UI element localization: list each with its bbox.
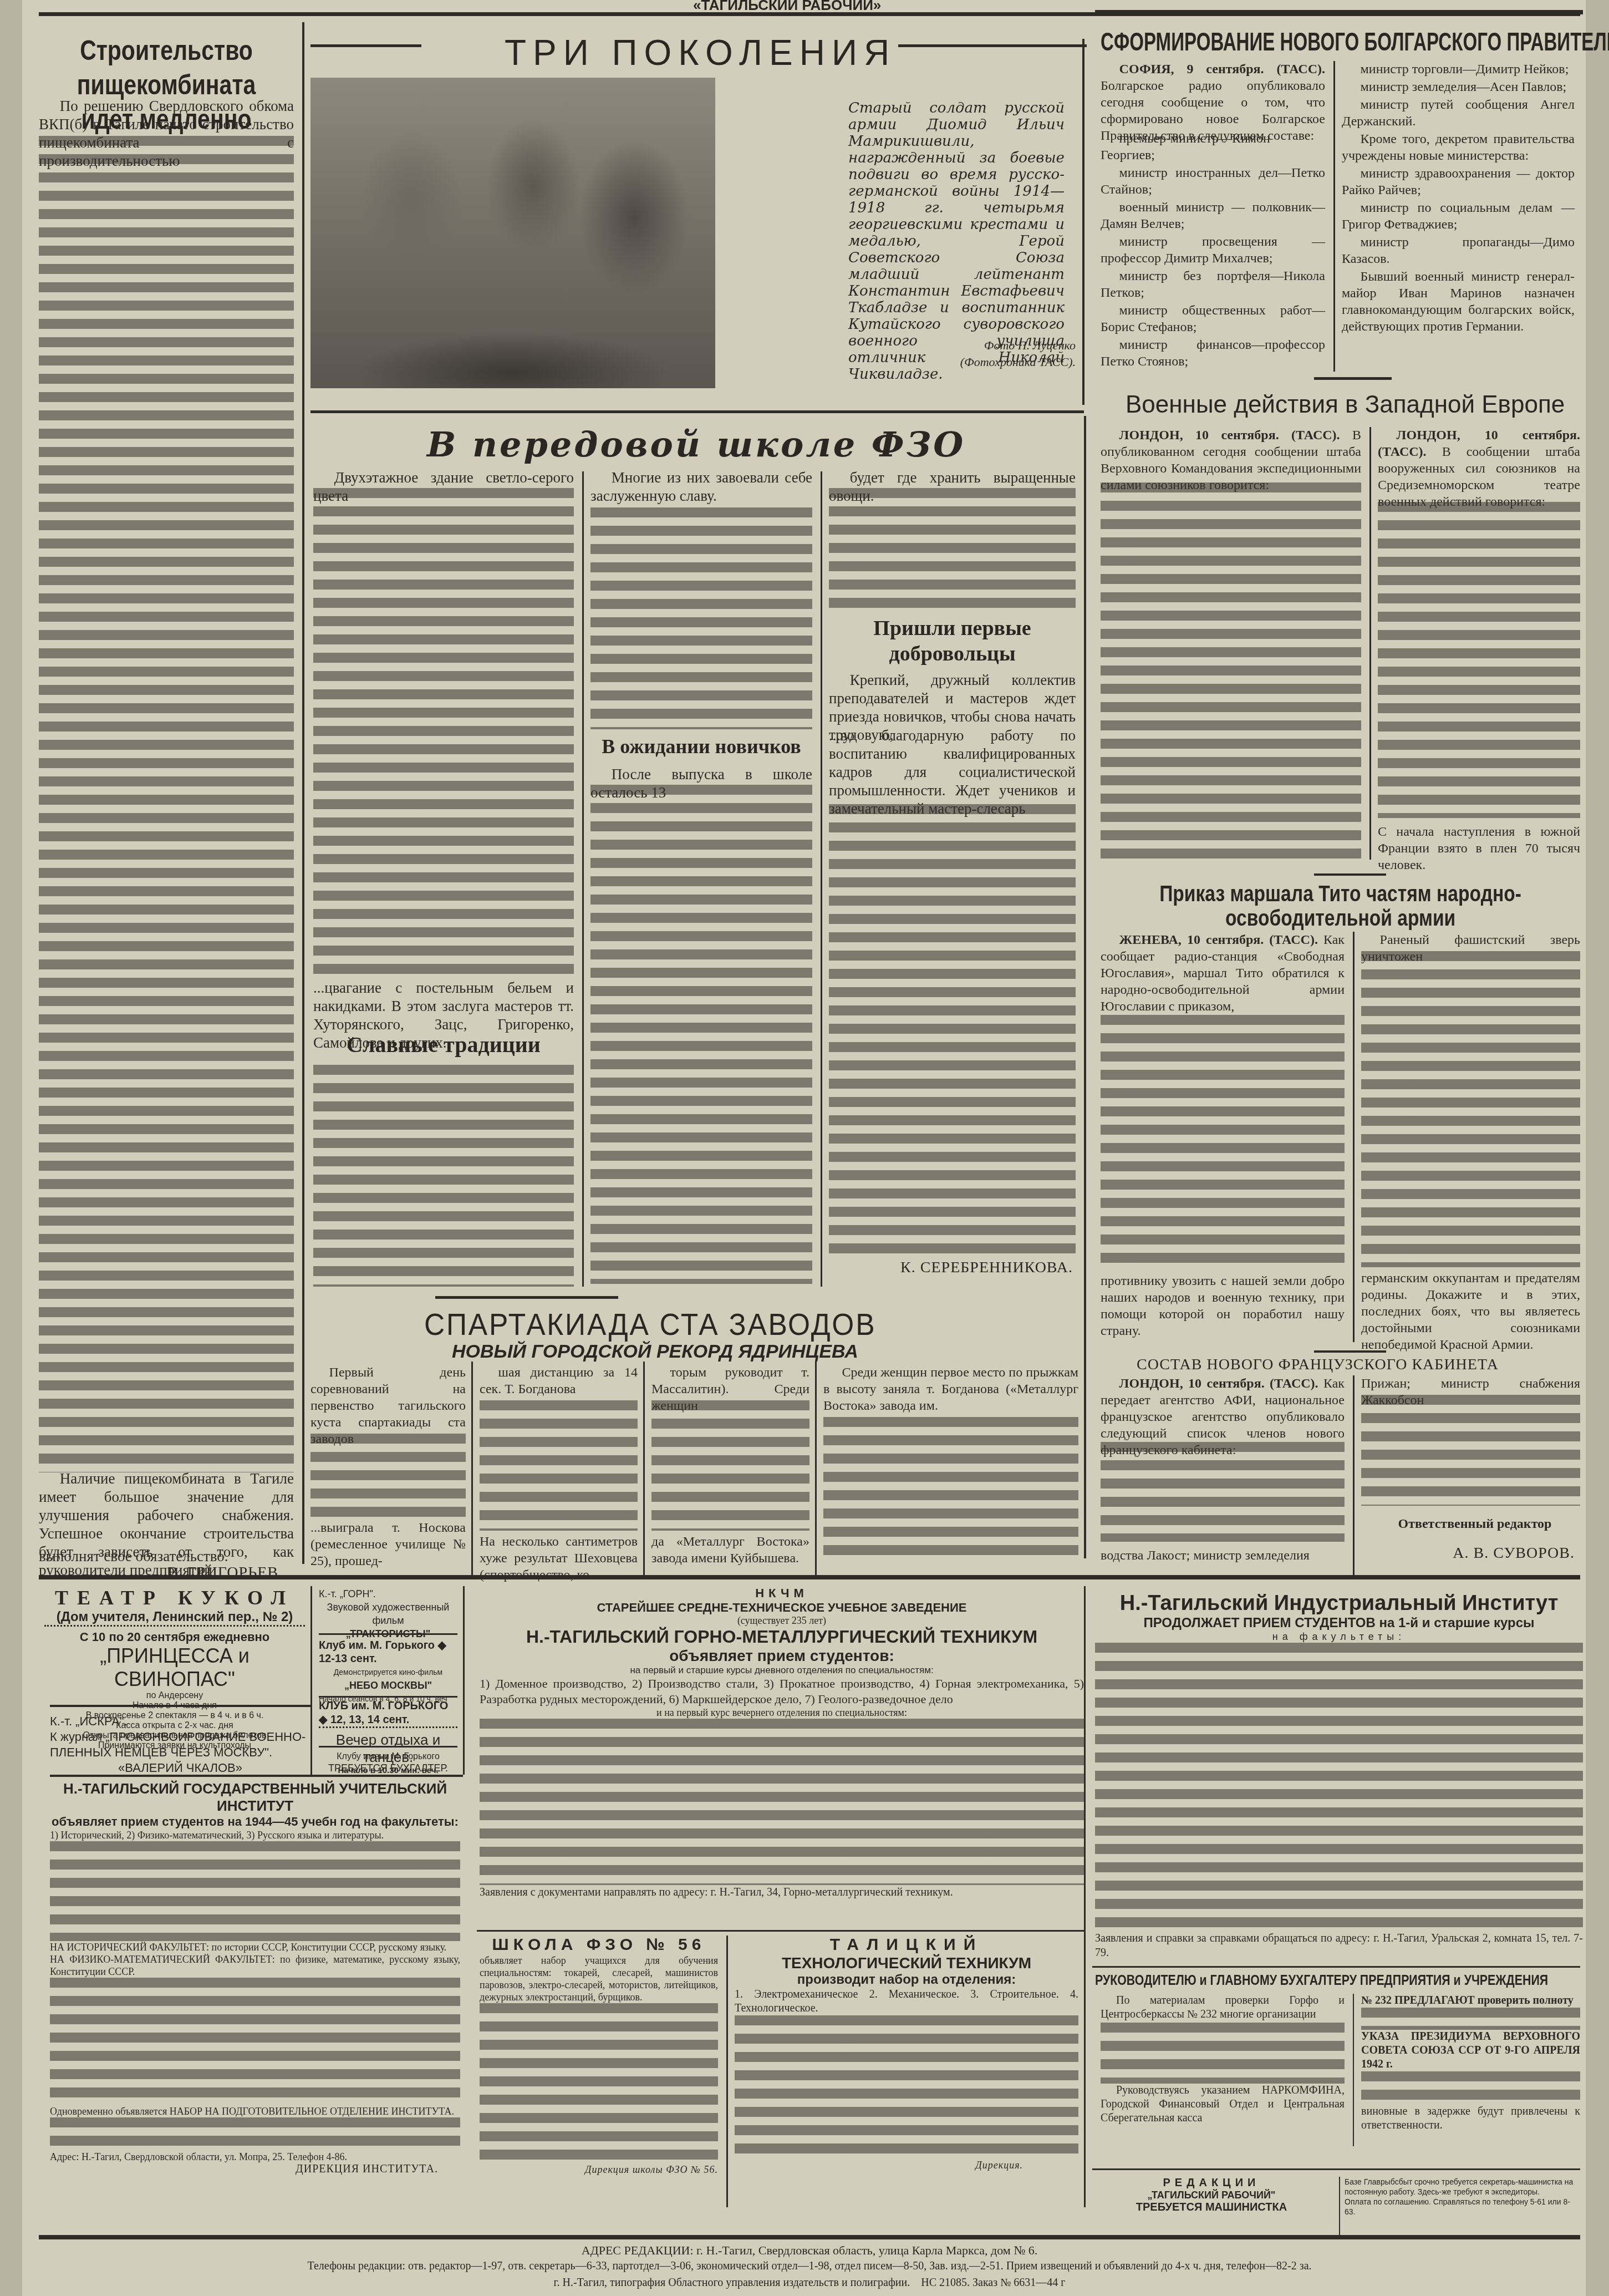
dateline: ЛОНДОН, 10 сентября. (ТАСС). <box>1119 428 1340 443</box>
fzo-col3-body <box>829 488 1076 616</box>
spartakiad-col3-end: да «Металлург Востока» завода имени Куйб… <box>651 1533 809 1567</box>
ad-title: ТЕАТР КУКОЛ <box>44 1586 305 1609</box>
ad-line: ТРЕБУЕТСЯ МАШИНИСТКА <box>1095 2201 1328 2214</box>
ad-line: ТРЕБУЕТСЯ БУХГАЛТЕР. <box>319 1762 457 1774</box>
minister-entry: министр здравоохранения — доктор Райко Р… <box>1342 165 1575 199</box>
footer-printer: г. Н.-Тагил, типография Областного управ… <box>554 2277 910 2289</box>
subhead-first-volunteers: Пришли первые добровольцы <box>829 616 1076 667</box>
paragraph: Многие из них завоевали себе заслуженную… <box>590 469 812 505</box>
photo-credit: Фото П. Луценко <box>909 338 1076 353</box>
ad-line: на первый и старшие курсы дневного отдел… <box>480 1665 1084 1676</box>
column-divider <box>1353 1375 1355 1575</box>
ad-body <box>1095 1643 1583 1931</box>
column-divider <box>1353 1994 1354 2146</box>
headline-fzo-school: В передовой школе ФЗО <box>427 424 965 465</box>
ad-editorial-job: РЕДАКЦИИ „ТАГИЛЬСКИЙ РАБОЧИЙ" ТРЕБУЕТСЯ … <box>1095 2177 1328 2214</box>
headline-bulgaria: СФОРМИРОВАНИЕ НОВОГО БОЛГАРСКОГО ПРАВИТЕ… <box>1101 27 1609 57</box>
rule <box>319 1746 457 1748</box>
ad-line: (существует 235 лет) <box>480 1615 1084 1627</box>
ad-talitsa-technicum: ТАЛИЦКИЙ ТЕХНОЛОГИЧЕСКИЙ ТЕХНИКУМ произв… <box>735 1936 1078 2171</box>
ad-title: Н.-Тагильский Индустриальный Институт <box>1095 1592 1583 1616</box>
subhead-record: НОВЫЙ ГОРОДСКОЙ РЕКОРД ЯДРИНЦЕВА <box>452 1341 858 1363</box>
article-food-plant-body <box>39 136 294 1472</box>
column-divider <box>726 1936 728 2207</box>
ad-line: НА ИСТОРИЧЕСКИЙ ФАКУЛЬТЕТ: по истории СС… <box>50 1941 460 1953</box>
spartakiad-col2-body <box>480 1400 638 1531</box>
subhead-glorious-traditions: Славные традиции <box>313 1032 574 1058</box>
ad-club: Клуб им. М. Горького <box>319 1639 435 1652</box>
ad-subtitle: объявляет прием студентов: <box>480 1647 1084 1665</box>
ad-line: производит набор на отделения: <box>735 1972 1078 1988</box>
rule <box>1092 1966 1580 1968</box>
ad-org: НКЧМ <box>480 1586 1084 1601</box>
ad-line: Клубу имени М. Горького <box>319 1751 457 1762</box>
ad-accountants-notice: РУКОВОДИТЕЛЮ и ГЛАВНОМУ БУХГАЛТЕРУ ПРЕДП… <box>1095 1972 1583 1989</box>
france-body <box>1101 1442 1345 1542</box>
column-divider <box>471 1362 473 1578</box>
column-divider <box>302 22 304 1564</box>
rule <box>898 44 1087 47</box>
ad-signature: Дирекция. <box>735 2160 1078 2171</box>
ad-cinema: К.-т. „ГОРН". <box>319 1587 457 1601</box>
ad-glavsbyt-job: Базе Главрыбсбыт срочно требуется секрет… <box>1345 2177 1577 2217</box>
ad-gorky-job: Клубу имени М. Горького ТРЕБУЕТСЯ БУХГАЛ… <box>319 1751 457 1774</box>
ad-industrial-institute: Н.-Тагильский Индустриальный Институт ПР… <box>1095 1592 1583 1960</box>
rule <box>1314 1350 1386 1353</box>
column-divider <box>1084 416 1086 1558</box>
france-right-body <box>1361 1395 1580 1506</box>
ads-top-rule <box>39 1575 1580 1579</box>
western-europe-closing: С начала наступления в южной Франции взя… <box>1378 824 1580 873</box>
ad-line: „ТАГИЛЬСКИЙ РАБОЧИЙ" <box>1095 2190 1328 2201</box>
accountants-right: № 232 ПРЕДЛАГАЮТ проверить полноту УКАЗА… <box>1361 1994 1580 2132</box>
minister-entry: министр торговли—Димитр Нейков; <box>1342 61 1575 78</box>
fzo-col2-start: Многие из них завоевали себе заслуженную… <box>590 469 812 506</box>
ad-line: 1) Исторический, 2) Физико-математически… <box>50 1829 460 1841</box>
editor-label: Ответственный редактор <box>1369 1517 1580 1532</box>
newspaper-page: «ТАГИЛЬСКИЙ РАБОЧИЙ» Строительство пищек… <box>22 0 1586 2296</box>
ad-dates: С 10 по 20 сентября ежедневно <box>44 1630 305 1644</box>
minister-entry: Кроме того, декретом правительства учреж… <box>1342 131 1575 164</box>
minister-entry: премьер-министр—Кимон Георгиев; <box>1101 130 1325 164</box>
minister-entry: министр пропаганды—Димо Казасов. <box>1342 234 1575 267</box>
rule <box>435 1296 618 1299</box>
headline-three-generations: ТРИ ПОКОЛЕНИЯ <box>505 32 896 73</box>
footer-order: НС 21085. Заказ № 6631—44 г <box>921 2277 1065 2289</box>
ad-body <box>480 2003 718 2164</box>
ad-line: Демонстрируется кино-фильм <box>319 1665 457 1679</box>
fzo-col2-tail <box>590 785 812 1284</box>
ad-mining-technicum: НКЧМ СТАРЕЙШЕЕ СРЕДНЕ-ТЕХНИЧЕСКОЕ УЧЕБНО… <box>480 1586 1084 1899</box>
ad-line: Одновременно объявляется НАБОР НА ПОДГОТ… <box>50 2105 460 2117</box>
minister-entry: министр земледелия—Асен Павлов; <box>1342 79 1575 95</box>
ad-cinema: К.-т. „ИСКРА". <box>50 1714 310 1729</box>
spartakiad-col4-body <box>823 1417 1078 1561</box>
rule <box>310 410 1084 413</box>
ad-line: Заявления и справки за справками обращат… <box>1095 1931 1583 1960</box>
fzo-col1-body <box>313 488 574 976</box>
paragraph: выполнят свое обязательство. <box>39 1547 294 1566</box>
byline-serebrennikova: К. СЕРЕБРЕННИКОВА. <box>829 1259 1073 1277</box>
western-europe-left-body <box>1101 482 1361 860</box>
ad-line: Оплата по соглашению. Справляться по тел… <box>1345 2197 1577 2217</box>
ad-line: объявляет набор учащихся для обучения сп… <box>480 1954 718 2003</box>
minister-entry: министр без портфеля—Никола Петков; <box>1101 268 1325 301</box>
ad-list: 1) Доменное производство, 2) Производств… <box>480 1676 1084 1707</box>
spartakiad-col1-end: ...выиграла т. Носкова (ремесленное учил… <box>310 1520 466 1569</box>
ad-line: Адрес: Н.-Тагил, Свердловской области, у… <box>50 2151 460 2163</box>
ad-title: Н.-ТАГИЛЬСКИЙ ГОСУДАРСТВЕННЫЙ УЧИТЕЛЬСКИ… <box>50 1780 460 1815</box>
ad-body <box>50 1978 460 2105</box>
tito-right-body <box>1361 951 1580 1267</box>
ad-body <box>50 2117 460 2151</box>
minister-entry: Бывший военный министр генерал-майор Ива… <box>1342 268 1575 335</box>
tito-left-end: противнику увозить с нашей земли добро н… <box>1101 1273 1345 1339</box>
ad-line: НА ФИЗИКО-МАТЕМАТИЧЕСКИЙ ФАКУЛЬТЕТ: по ф… <box>50 1953 460 1978</box>
spartakiad-col4-women: Среди женщин первое место по прыжкам в в… <box>823 1364 1078 1415</box>
western-europe-right-lead: ЛОНДОН, 10 сентября. (ТАСС). В сообщении… <box>1378 427 1580 511</box>
ad-notice: УКАЗА ПРЕЗИДИУМА ВЕРХОВНОГО СОВЕТА СОЮЗА… <box>1361 2030 1580 2071</box>
ad-body <box>1361 2071 1580 2105</box>
minister-entry: министр финансов—профессор Петко Стоянов… <box>1101 337 1325 370</box>
rule <box>1314 377 1392 380</box>
subhead-awaiting-newcomers: В ожидании новичков <box>590 735 812 758</box>
editor-name: А. В. СУВОРОВ. <box>1369 1545 1575 1562</box>
tito-right-end: германским оккупантам и предателям родин… <box>1361 1270 1580 1353</box>
column-divider <box>463 1586 465 1775</box>
dateline: ЛОНДОН, 10 сентября. (ТАСС). <box>1119 1376 1318 1391</box>
minister-entry: министр по социальным делам — Григор Фет… <box>1342 200 1575 233</box>
paragraph: шая дистанцию за 14 сек. Т. Богданова <box>480 1364 638 1398</box>
photo-credit-agency: (Фотохроника ТАСС). <box>909 355 1076 369</box>
headline-tito: Приказ маршала Тито частям народно-освоб… <box>1101 882 1580 931</box>
ad-body <box>1101 2023 1345 2084</box>
ad-gorn: К.-т. „ГОРН". Звуковой художественный фи… <box>319 1587 457 1640</box>
fzo-col1-tail <box>313 1065 574 1287</box>
column-divider <box>582 471 584 1287</box>
rule <box>310 44 421 47</box>
ad-title: РУКОВОДИТЕЛЮ и ГЛАВНОМУ БУХГАЛТЕРУ ПРЕДП… <box>1095 1972 1495 1989</box>
bulgaria-ministers-right: министр торговли—Димитр Нейков;министр з… <box>1342 61 1575 336</box>
ad-film: «ВАЛЕРИЙ ЧКАЛОВ» <box>50 1760 310 1776</box>
paragraph: По материалам проверки Горфо и Центросбе… <box>1101 1994 1345 2021</box>
minister-entry: министр иностранных дел—Петко Стайнов; <box>1101 165 1325 198</box>
ad-list: 1. Электромеханическое 2. Механическое. … <box>735 1988 1078 2015</box>
column-divider <box>1084 1586 1086 2207</box>
ad-teachers-institute: Н.-ТАГИЛЬСКИЙ ГОСУДАРСТВЕННЫЙ УЧИТЕЛЬСКИ… <box>50 1780 460 2176</box>
column-divider <box>643 1362 645 1578</box>
fzo-col2-body <box>590 507 812 729</box>
headline-western-europe: Военные действия в Западной Европе <box>1126 391 1565 419</box>
ad-body <box>480 1719 1084 1885</box>
footer-phones: Телефоны редакции: отв. редактор—1-97, о… <box>39 2260 1580 2273</box>
ad-subtitle: ТЕХНОЛОГИЧЕСКИЙ ТЕХНИКУМ <box>735 1954 1078 1972</box>
paragraph: Руководствуясь указанием НАРКОМФИНА, Гор… <box>1101 2084 1345 2125</box>
ad-show: „ПРИНЦЕССА и СВИНОПАС" <box>44 1644 305 1691</box>
ad-body <box>50 1841 460 1941</box>
spartakiad-col2-start: шая дистанцию за 14 сек. Т. Богданова <box>480 1364 638 1399</box>
frame-rule <box>1082 39 1084 405</box>
ad-address: (Дом учителя, Ленинский пер., № 2) <box>44 1609 305 1627</box>
ad-body <box>735 2015 1078 2160</box>
column-divider <box>821 471 822 1287</box>
accountants-left: По материалам проверки Горфо и Центросбе… <box>1101 1994 1345 2126</box>
ad-line: и на первый курс вечернего отделения по … <box>480 1707 1084 1719</box>
fzo-col3-tail <box>829 804 1076 1253</box>
minister-entry: министр путей сообщения Ангел Держанский… <box>1342 96 1575 130</box>
ad-signature: ДИРЕКЦИЯ ИНСТИТУТА. <box>50 2163 460 2176</box>
ad-line: РЕДАКЦИИ <box>1095 2177 1328 2190</box>
minister-entry: министр просвещения — профессор Димитр М… <box>1101 233 1325 267</box>
western-europe-right-body <box>1378 502 1580 818</box>
spartakiad-col3-body <box>651 1400 809 1531</box>
ad-line: Базе Главрыбсбыт срочно требуется секрет… <box>1345 2177 1577 2197</box>
rule <box>1095 10 1583 14</box>
ad-dates: 12-13 сент. <box>319 1653 377 1665</box>
column-divider <box>1339 2177 1340 2238</box>
paragraph: Среди женщин первое место по прыжкам в в… <box>823 1364 1078 1414</box>
footer-imprint: г. Н.-Тагил, типография Областного управ… <box>39 2277 1580 2289</box>
rule <box>50 1775 463 1777</box>
footer-rule <box>39 2235 1580 2239</box>
tito-lead: ЖЕНЕВА, 10 сентября. (ТАСС). Как сообщае… <box>1101 932 1345 1016</box>
ad-subtitle: объявляет прием студентов на 1944—45 уче… <box>50 1815 460 1829</box>
ad-title: ШКОЛА ФЗО № 56 <box>480 1936 718 1954</box>
ad-line: по Андерсену <box>44 1691 305 1701</box>
ad-subtitle: ПРОДОЛЖАЕТ ПРИЕМ СТУДЕНТОВ на 1-й и стар… <box>1095 1616 1583 1631</box>
rule <box>1092 2168 1580 2170</box>
ad-gorky-film: Клуб им. М. Горького ◆ 12-13 сент. Демон… <box>319 1639 457 1705</box>
ad-line: СТАРЕЙШЕЕ СРЕДНЕ-ТЕХНИЧЕСКОЕ УЧЕБНОЕ ЗАВ… <box>480 1601 1084 1615</box>
column-divider <box>1333 61 1335 372</box>
headline-france: СОСТАВ НОВОГО ФРАНЦУЗСКОГО КАБИНЕТА <box>1137 1356 1499 1374</box>
rule <box>319 1696 457 1698</box>
rule <box>50 1705 310 1707</box>
photo-three-generations <box>310 78 715 388</box>
paragraph: № 232 ПРЕДЛАГАЮТ проверить полноту <box>1361 1994 1580 2008</box>
column-divider <box>1369 427 1371 860</box>
column-divider <box>1353 932 1355 1342</box>
ad-line: на факультеты: <box>1095 1631 1583 1643</box>
france-left-end: водства Лакост; министр земледелия <box>1101 1547 1345 1564</box>
bulgaria-ministers-left: премьер-министр—Кимон Георгиев;министр и… <box>1101 130 1325 371</box>
tito-left-body <box>1101 1015 1345 1270</box>
column-divider <box>310 1586 312 1775</box>
ad-body <box>1361 2008 1580 2030</box>
rule <box>477 1930 1084 1932</box>
ad-film: „НЕБО МОСКВЫ" <box>319 1679 457 1692</box>
dateline: СОФИЯ, 9 сентября. (ТАСС). <box>1119 62 1325 77</box>
paragraph: виновные в задержке будут привлечены к о… <box>1361 2105 1580 2132</box>
ad-fzo56: ШКОЛА ФЗО № 56 объявляет набор учащихся … <box>480 1936 718 2176</box>
column-divider <box>815 1362 817 1578</box>
ad-title: Н.-ТАГИЛЬСКИЙ ГОРНО-МЕТАЛЛУРГИЧЕСКИЙ ТЕХ… <box>480 1627 1084 1647</box>
dateline: ЖЕНЕВА, 10 сентября. (ТАСС). <box>1119 933 1318 947</box>
ad-line: Заявления с документами направлять по ад… <box>480 1885 1084 1899</box>
minister-entry: военный министр — полковник—Дамян Велчев… <box>1101 199 1325 232</box>
ad-iskra: К.-т. „ИСКРА". К журнал „ПРОКОНВОИРОВАНИ… <box>50 1714 310 1776</box>
ad-signature: Дирекция школы ФЗО № 56. <box>480 2164 718 2176</box>
ad-title: ТАЛИЦКИЙ <box>735 1936 1078 1954</box>
minister-entry: министр общественных работ—Борис Стефано… <box>1101 302 1325 336</box>
spartakiad-col1-body <box>310 1434 466 1517</box>
rule <box>1314 873 1386 876</box>
ad-newsreel: К журнал „ПРОКОНВОИРОВАНИЕ ВОЕННО-ПЛЕННЫ… <box>50 1729 310 1760</box>
rule <box>319 1633 457 1635</box>
ad-line: Звуковой художественный фильм <box>319 1601 457 1627</box>
footer-address: АДРЕС РЕДАКЦИИ: г. Н.-Тагил, Свердловска… <box>39 2243 1580 2258</box>
ad-dates: 12, 13, 14 сент. <box>330 1714 409 1726</box>
ad-club: КЛУБ им. М. ГОРЬКОГО <box>319 1700 448 1712</box>
headline-spartakiad: СПАРТАКИАДА СТА ЗАВОДОВ <box>424 1306 876 1342</box>
